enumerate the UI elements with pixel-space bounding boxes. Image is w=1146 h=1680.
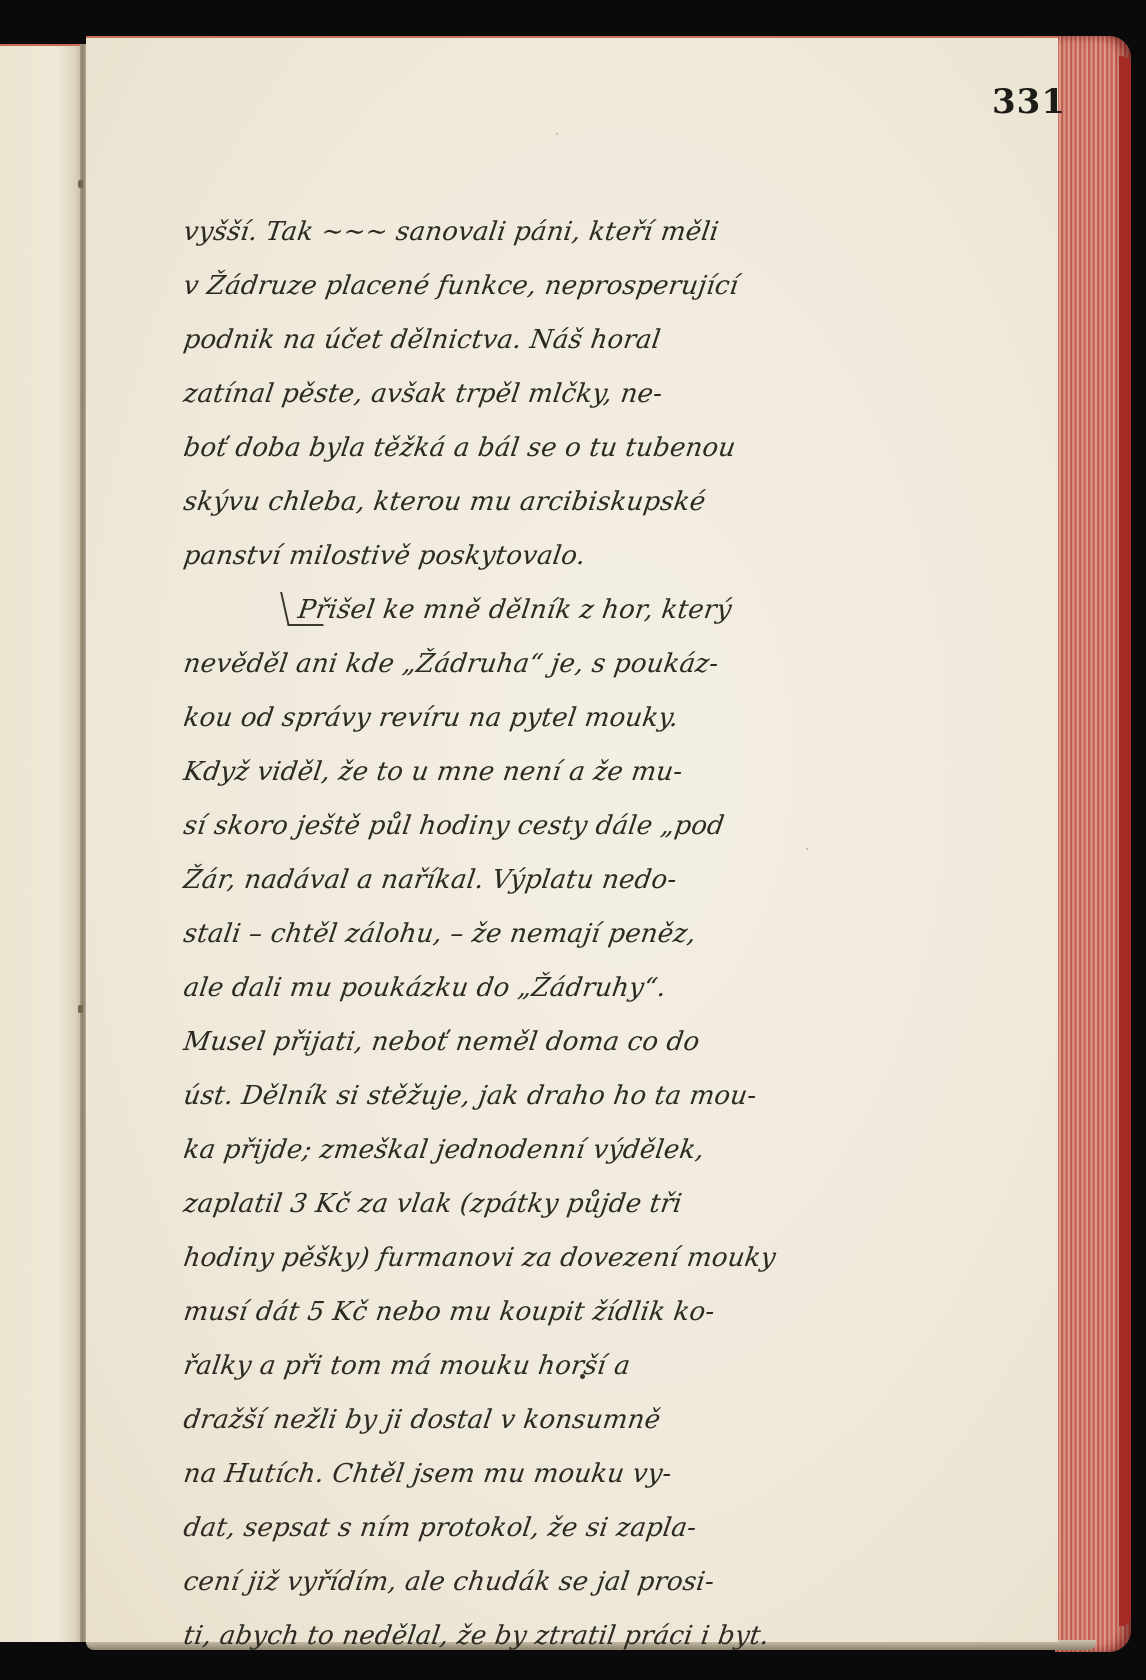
handwritten-text: vyšší. Tak ~~~ sanovali páni, kteří měli… [180,205,830,1663]
text-line: nevěděl ani kde „Žádruha“ je, s poukáz- [180,637,838,691]
text-line: skývu chleba, kterou mu arcibiskupské [180,475,838,529]
text-line: řalky a při tom má mouku horší a [180,1339,838,1393]
book-scan: 331 vyšší. Tak ~~~ sanovali páni, kteří … [0,0,1146,1680]
binding-stitch [78,1005,83,1013]
text-line: zatínal pěste, avšak trpěl mlčky, ne- [180,367,838,421]
text-line: Když viděl, že to u mne není a že mu- [180,745,838,799]
text-line: dat, sepsat s ním protokol, že si zapla- [180,1501,838,1555]
text-line: cení již vyřídím, ale chudák se jal pros… [180,1555,838,1609]
text-line: stali – chtěl zálohu, – že nemají peněz, [180,907,838,961]
ink-dot [580,1374,585,1379]
text-line: v Žádruze placené funkce, neprosperující [180,259,838,313]
text-line: hodiny pěšky) furmanovi za dovezení mouk… [180,1231,838,1285]
page-number: 331 [992,82,1066,122]
page-block-edges [1055,36,1131,1652]
text-line: Musel přijati, neboť neměl doma co do [180,1015,838,1069]
paragraph-start-line: Přišel ke mně dělník z hor, který [180,583,838,637]
text-line: ka přijde; zmeškal jednodenní výdělek, [180,1123,838,1177]
text-line: zaplatil 3 Kč za vlak (zpátky půjde tři [180,1177,838,1231]
text-line: na Hutích. Chtěl jsem mu mouku vy- [180,1447,838,1501]
text-line: ti, abych to nedělal, že by ztratil prác… [180,1609,838,1663]
paper-speck [556,133,558,135]
text-line: dražší nežli by ji dostal v konsumně [180,1393,838,1447]
text-line: vyšší. Tak ~~~ sanovali páni, kteří měli [180,205,838,259]
text-line: úst. Dělník si stěžuje, jak draho ho ta … [180,1069,838,1123]
paragraph-mark-icon [280,592,324,626]
text-line: sí skoro ještě půl hodiny cesty dále „po… [180,799,838,853]
text-line: podnik na účet dělnictva. Náš horal [180,313,838,367]
text-line: Přišel ke mně dělník z hor, který [296,595,733,625]
text-line: musí dát 5 Kč nebo mu koupit žídlik ko- [180,1285,838,1339]
text-line: boť doba byla těžká a bál se o tu tubeno… [180,421,838,475]
text-line: kou od správy revíru na pytel mouky. [180,691,838,745]
binding-stitch [78,180,83,188]
text-line: panství milostivě poskytovalo. [180,529,838,583]
text-line: ale dali mu poukázku do „Žádruhy“. [180,961,838,1015]
text-line: Žár, nadával a naříkal. Výplatu nedo- [180,853,838,907]
left-page-edge [0,44,83,1642]
